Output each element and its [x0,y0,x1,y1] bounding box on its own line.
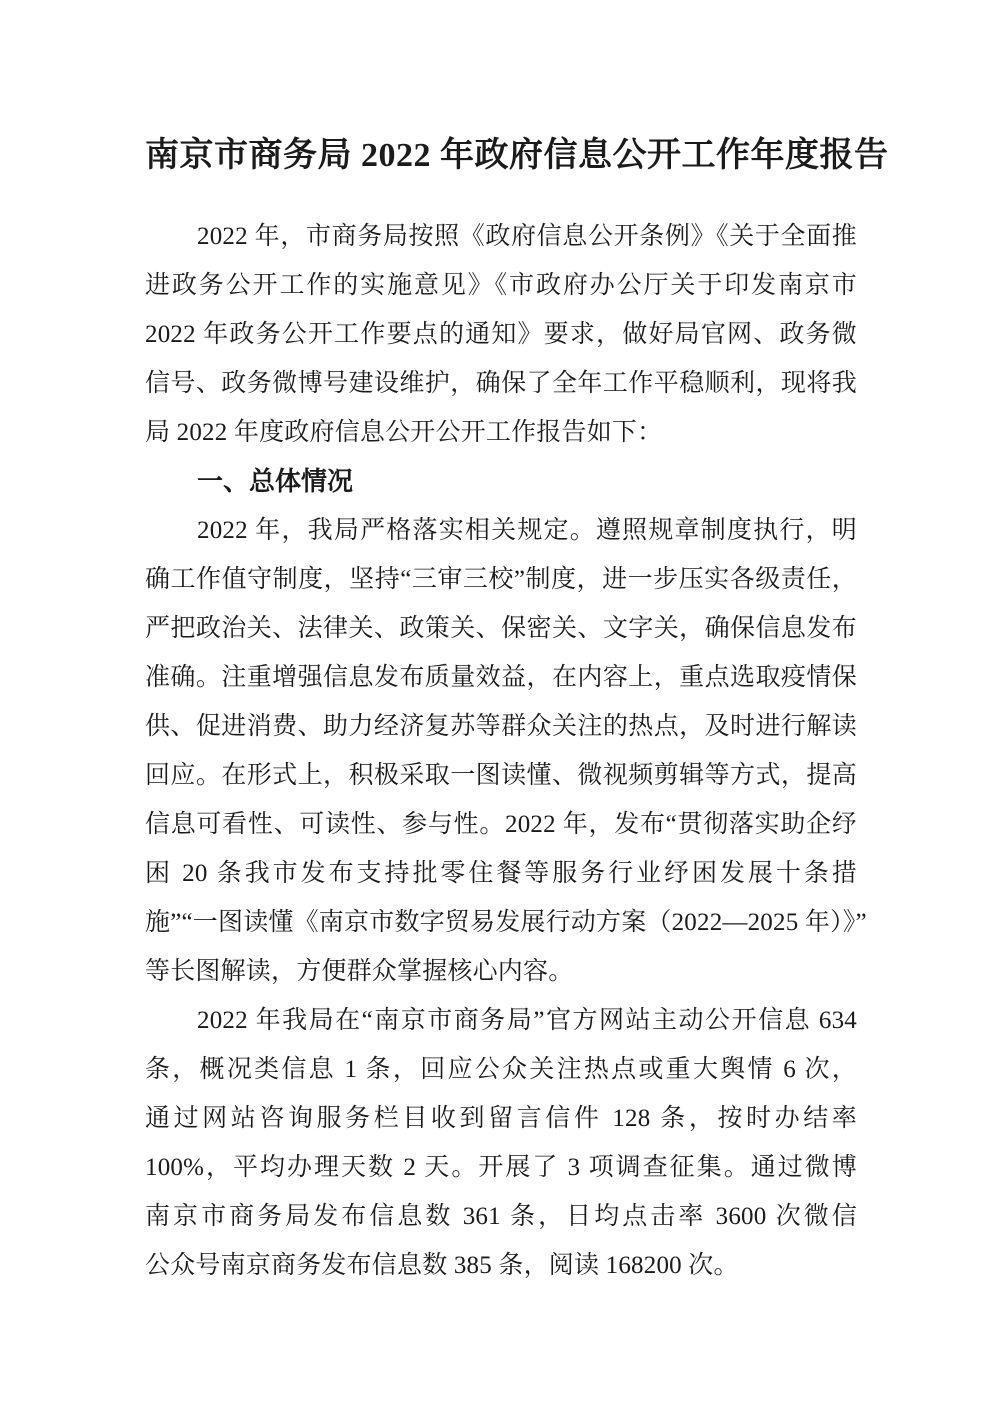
paragraph-line: 供、促进消费、助力经济复苏等群众关注的热点，及时进行解读 [145,702,857,751]
paragraph-line: 条，概况类信息 1 条，回应公众关注热点或重大舆情 6 次， [145,1045,857,1094]
section-heading: 一、总体情况 [145,457,857,506]
paragraph-line: 困 20 条我市发布支持批零住餐等服务行业纾困发展十条措 [145,849,857,898]
document-page: 南京市商务局 2022 年政府信息公开工作年度报告 2022 年，市商务局按照《… [0,0,1000,1417]
paragraph-line: 准确。注重增强信息发布质量效益，在内容上，重点选取疫情保 [145,653,857,702]
document-body: 2022 年，市商务局按照《政府信息公开条例》《关于全面推进政务公开工作的实施意… [145,212,857,1290]
paragraph-line: 回应。在形式上，积极采取一图读懂、微视频剪辑等方式，提高 [145,751,857,800]
paragraph-line: 2022 年政务公开工作要点的通知》要求，做好局官网、政务微 [145,310,857,359]
paragraph-line: 南京市商务局发布信息数 361 条，日均点击率 3600 次微信 [145,1192,857,1241]
paragraph-line: 施”“一图读懂《南京市数字贸易发展行动方案（2022—2025 年）》” [145,898,857,947]
document-title: 南京市商务局 2022 年政府信息公开工作年度报告 [145,134,857,178]
paragraph-line: 信号、政务微博号建设维护，确保了全年工作平稳顺利，现将我 [145,359,857,408]
paragraph-line: 严把政治关、法律关、政策关、保密关、文字关，确保信息发布 [145,604,857,653]
paragraph-line: 信息可看性、可读性、参与性。2022 年，发布“贯彻落实助企纾 [145,800,857,849]
paragraph-line: 等长图解读，方便群众掌握核心内容。 [145,947,857,996]
paragraph-line: 局 2022 年度政府信息公开公开工作报告如下： [145,408,857,457]
paragraph-line: 进政务公开工作的实施意见》《市政府办公厅关于印发南京市 [145,261,857,310]
paragraph-line: 2022 年，我局严格落实相关规定。遵照规章制度执行，明 [145,506,857,555]
paragraph-line: 确工作值守制度，坚持“三审三校”制度，进一步压实各级责任， [145,555,857,604]
paragraph-line: 100%，平均办理天数 2 天。开展了 3 项调查征集。通过微博 [145,1143,857,1192]
paragraph-line: 通过网站咨询服务栏目收到留言信件 128 条，按时办结率 [145,1094,857,1143]
paragraph-line: 公众号南京商务发布信息数 385 条，阅读 168200 次。 [145,1241,857,1290]
paragraph-line: 2022 年，市商务局按照《政府信息公开条例》《关于全面推 [145,212,857,261]
document-content: 南京市商务局 2022 年政府信息公开工作年度报告 2022 年，市商务局按照《… [145,134,857,1290]
paragraph-line: 2022 年我局在“南京市商务局”官方网站主动公开信息 634 [145,996,857,1045]
